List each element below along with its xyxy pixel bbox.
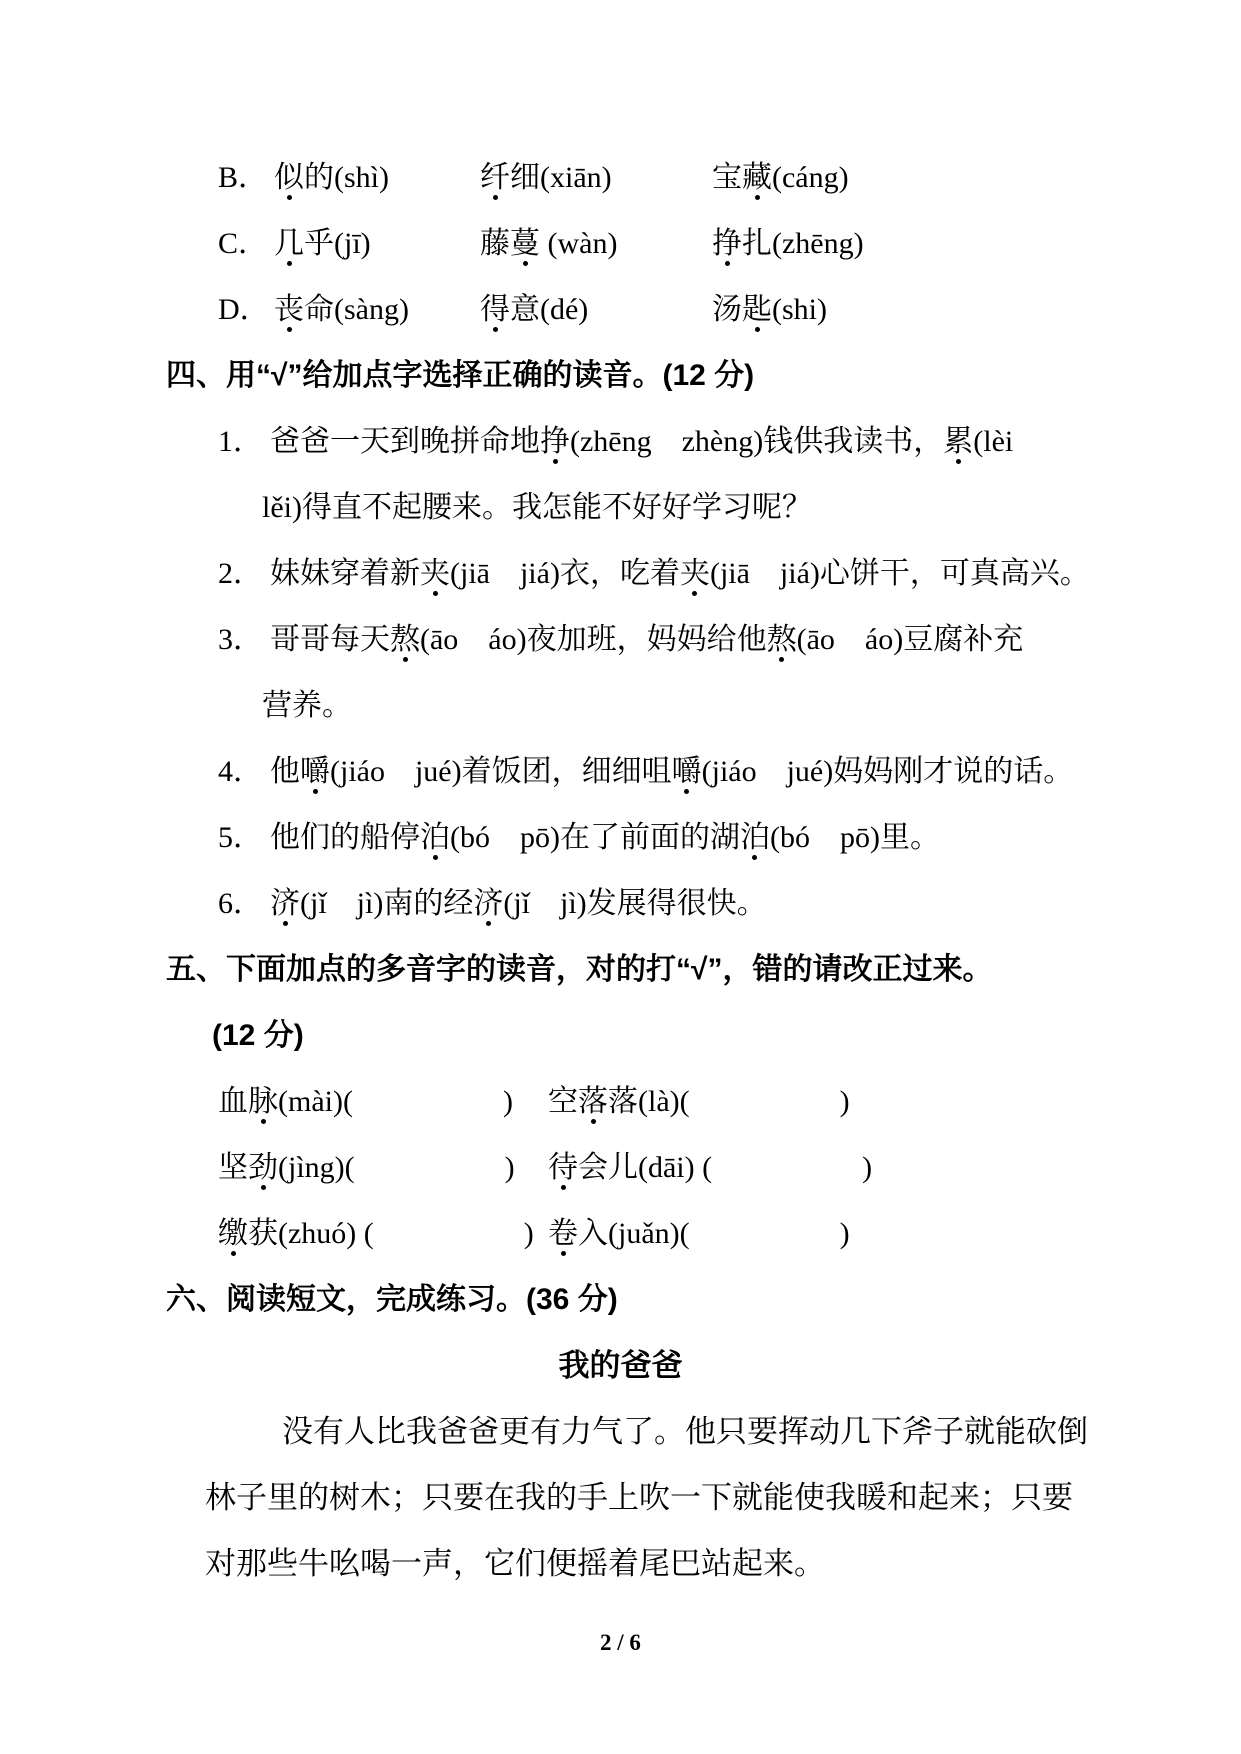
emphasized-char: 落 (578, 1085, 608, 1118)
text-segment: 落(là)( ) (608, 1085, 850, 1118)
emphasized-char: 泊 (740, 821, 770, 854)
text-segment: 坚 (218, 1151, 248, 1184)
emphasized-char: 夹 (680, 557, 710, 590)
choice-label: C． (218, 211, 274, 277)
text-segment: (āo áo)豆腐补充 (797, 623, 1024, 656)
word-entry: 血脉(mài)( ) (218, 1069, 548, 1135)
text-segment: (jìng)( ) (278, 1151, 515, 1184)
emphasized-char: 蔓 (510, 227, 540, 260)
text-segment: (cáng) (772, 161, 849, 194)
passage-line: 对那些牛吆喝一声，它们便摇着尾巴站起来。 (0, 1531, 1241, 1597)
text-segment: (jǐ jì)发展得很快。 (503, 887, 766, 920)
emphasized-char: 缴 (218, 1217, 248, 1250)
emphasized-char: 嚼 (300, 755, 330, 788)
text-segment: 乎(jī) (304, 227, 371, 260)
section4-heading: 四、用“√”给加点字选择正确的读音。(12 分) (0, 343, 1241, 409)
choice-word: 纤细(xiān) (480, 145, 712, 211)
emphasized-char: 劲 (248, 1151, 278, 1184)
section5-word-grid: 血脉(mài)( )空落落(là)( )坚劲(jìng)( )待会儿(dāi) … (0, 1069, 1241, 1267)
page-content: B．似的(shì)纤细(xiān)宝藏(cáng)C．几乎(jī)藤蔓 (wàn… (0, 0, 1241, 1597)
text-segment: 入(juǎn)( ) (578, 1217, 850, 1250)
emphasized-char: 泊 (420, 821, 450, 854)
text-segment: (wàn) (540, 227, 617, 260)
text-segment: (jiā jiá)心饼干，可真高兴。 (710, 557, 1090, 590)
item-text: 爸爸一天到晚拼命地挣(zhēng zhèng)钱供我读书，累(lèi (270, 409, 1241, 475)
item-number: 5． (218, 805, 270, 871)
item-number: 1． (218, 409, 270, 475)
emphasized-char: 挣 (540, 425, 570, 458)
item-number: 6． (218, 871, 270, 937)
emphasized-char: 熬 (767, 623, 797, 656)
emphasized-char: 熬 (390, 623, 420, 656)
item-text: 济(jǐ jì)南的经济(jǐ jì)发展得很快。 (270, 871, 1241, 937)
worksheet-page: { "page": { "background": "#ffffff", "te… (0, 0, 1241, 1754)
text-segment: 的(shì) (304, 161, 389, 194)
choice-row: C．几乎(jī)藤蔓 (wàn)挣扎(zhēng) (0, 211, 1241, 277)
text-segment: (mài)( ) (278, 1085, 513, 1118)
emphasized-char: 藏 (742, 161, 772, 194)
text-segment: 会儿(dāi) ( ) (578, 1151, 872, 1184)
text-segment: lěi)得直不起腰来。我怎能不好好学习呢？ (262, 491, 812, 524)
word-entry: 坚劲(jìng)( ) (218, 1135, 548, 1201)
text-segment: 血 (218, 1085, 248, 1118)
emphasized-char: 得 (480, 293, 510, 326)
word-entry: 卷入(juǎn)( ) (548, 1201, 1241, 1267)
word-row: 坚劲(jìng)( )待会儿(dāi) ( ) (0, 1135, 1241, 1201)
text-segment: 哥哥每天 (270, 623, 390, 656)
emphasized-char: 脉 (248, 1085, 278, 1118)
passage-line: 没有人比我爸爸更有力气了。他只要挥动几下斧子就能砍倒 (0, 1399, 1241, 1465)
exercise-item: 2．妹妹穿着新夹(jiā jiá)衣，吃着夹(jiā jiá)心饼干，可真高兴。 (0, 541, 1241, 607)
section6-heading: 六、阅读短文，完成练习。(36 分) (0, 1267, 1241, 1333)
choice-word: 汤匙(shi) (712, 277, 1241, 343)
word-entry: 缴获(zhuó) ( ) (218, 1201, 548, 1267)
text-segment: (shi) (772, 293, 827, 326)
text-segment: (lèi (973, 425, 1013, 458)
text-segment: (jǐ jì)南的经 (300, 887, 473, 920)
section5-heading: 五、下面加点的多音字的读音，对的打“√”，错的请改正过来。 (0, 937, 1241, 1003)
word-row: 缴获(zhuó) ( )卷入(juǎn)( ) (0, 1201, 1241, 1267)
emphasized-char: 累 (943, 425, 973, 458)
text-segment: 他 (270, 755, 300, 788)
item-number: 4． (218, 739, 270, 805)
text-segment: 汤 (712, 293, 742, 326)
text-segment: 宝 (712, 161, 742, 194)
choice-label: B． (218, 145, 274, 211)
emphasized-char: 匙 (742, 293, 772, 326)
text-segment: (bó pō)在了前面的湖 (450, 821, 740, 854)
text-segment: 藤 (480, 227, 510, 260)
multiple-choice-options: B．似的(shì)纤细(xiān)宝藏(cáng)C．几乎(jī)藤蔓 (wàn… (0, 145, 1241, 343)
emphasized-char: 嚼 (672, 755, 702, 788)
item-text-continued: 营养。 (0, 673, 1241, 739)
choice-row: B．似的(shì)纤细(xiān)宝藏(cáng) (0, 145, 1241, 211)
exercise-item: 6．济(jǐ jì)南的经济(jǐ jì)发展得很快。 (0, 871, 1241, 937)
choice-word: 几乎(jī) (274, 211, 480, 277)
emphasized-char: 卷 (548, 1217, 578, 1250)
text-segment: 获(zhuó) ( ) (248, 1217, 534, 1250)
passage-line: 林子里的树木；只要在我的手上吹一下就能使我暖和起来；只要 (0, 1465, 1241, 1531)
text-segment: 扎(zhēng) (742, 227, 864, 260)
item-text: 他嚼(jiáo jué)着饭团，细细咀嚼(jiáo jué)妈妈刚才说的话。 (270, 739, 1241, 805)
text-segment: (zhēng zhèng)钱供我读书， (570, 425, 943, 458)
item-text: 妹妹穿着新夹(jiā jiá)衣，吃着夹(jiā jiá)心饼干，可真高兴。 (270, 541, 1241, 607)
choice-word: 宝藏(cáng) (712, 145, 1241, 211)
text-segment: (jiáo jué)着饭团，细细咀 (330, 755, 672, 788)
emphasized-char: 纤 (480, 161, 510, 194)
emphasized-char: 挣 (712, 227, 742, 260)
choice-label: D． (218, 277, 274, 343)
choice-word: 挣扎(zhēng) (712, 211, 1241, 277)
word-entry: 待会儿(dāi) ( ) (548, 1135, 1241, 1201)
emphasized-char: 几 (274, 227, 304, 260)
emphasized-char: 济 (270, 887, 300, 920)
text-segment: 他们的船停 (270, 821, 420, 854)
exercise-item: 1．爸爸一天到晚拼命地挣(zhēng zhèng)钱供我读书，累(lèi (0, 409, 1241, 475)
word-entry: 空落落(là)( ) (548, 1069, 1241, 1135)
text-segment: 营养。 (262, 689, 352, 722)
choice-word: 藤蔓 (wàn) (480, 211, 712, 277)
text-segment: (jiáo jué)妈妈刚才说的话。 (702, 755, 1074, 788)
section4-items: 1．爸爸一天到晚拼命地挣(zhēng zhèng)钱供我读书，累(lèilěi)… (0, 409, 1241, 937)
exercise-item: 4．他嚼(jiáo jué)着饭团，细细咀嚼(jiáo jué)妈妈刚才说的话。 (0, 739, 1241, 805)
item-text: 他们的船停泊(bó pō)在了前面的湖泊(bó pō)里。 (270, 805, 1241, 871)
exercise-item: 5．他们的船停泊(bó pō)在了前面的湖泊(bó pō)里。 (0, 805, 1241, 871)
item-text: 哥哥每天熬(āo áo)夜加班，妈妈给他熬(āo áo)豆腐补充 (270, 607, 1241, 673)
exercise-item: 3．哥哥每天熬(āo áo)夜加班，妈妈给他熬(āo áo)豆腐补充 (0, 607, 1241, 673)
page-number: 2 / 6 (0, 1628, 1241, 1658)
emphasized-char: 待 (548, 1151, 578, 1184)
passage-title: 我的爸爸 (0, 1333, 1241, 1399)
emphasized-char: 夹 (420, 557, 450, 590)
emphasized-char: 济 (473, 887, 503, 920)
text-segment: (jiā jiá)衣，吃着 (450, 557, 680, 590)
text-segment: 妹妹穿着新 (270, 557, 420, 590)
choice-word: 丧命(sàng) (274, 277, 480, 343)
item-number: 3． (218, 607, 270, 673)
text-segment: 爸爸一天到晚拼命地 (270, 425, 540, 458)
choice-word: 似的(shì) (274, 145, 480, 211)
word-row: 血脉(mài)( )空落落(là)( ) (0, 1069, 1241, 1135)
text-segment: (bó pō)里。 (770, 821, 940, 854)
choice-row: D．丧命(sàng)得意(dé)汤匙(shi) (0, 277, 1241, 343)
text-segment: 意(dé) (510, 293, 588, 326)
emphasized-char: 似 (274, 161, 304, 194)
text-segment: 命(sàng) (304, 293, 409, 326)
item-number: 2． (218, 541, 270, 607)
text-segment: 细(xiān) (510, 161, 612, 194)
text-segment: (āo áo)夜加班，妈妈给他 (420, 623, 767, 656)
section5-points: (12 分) (0, 1003, 1241, 1069)
choice-word: 得意(dé) (480, 277, 712, 343)
item-text-continued: lěi)得直不起腰来。我怎能不好好学习呢？ (0, 475, 1241, 541)
emphasized-char: 丧 (274, 293, 304, 326)
text-segment: 空 (548, 1085, 578, 1118)
